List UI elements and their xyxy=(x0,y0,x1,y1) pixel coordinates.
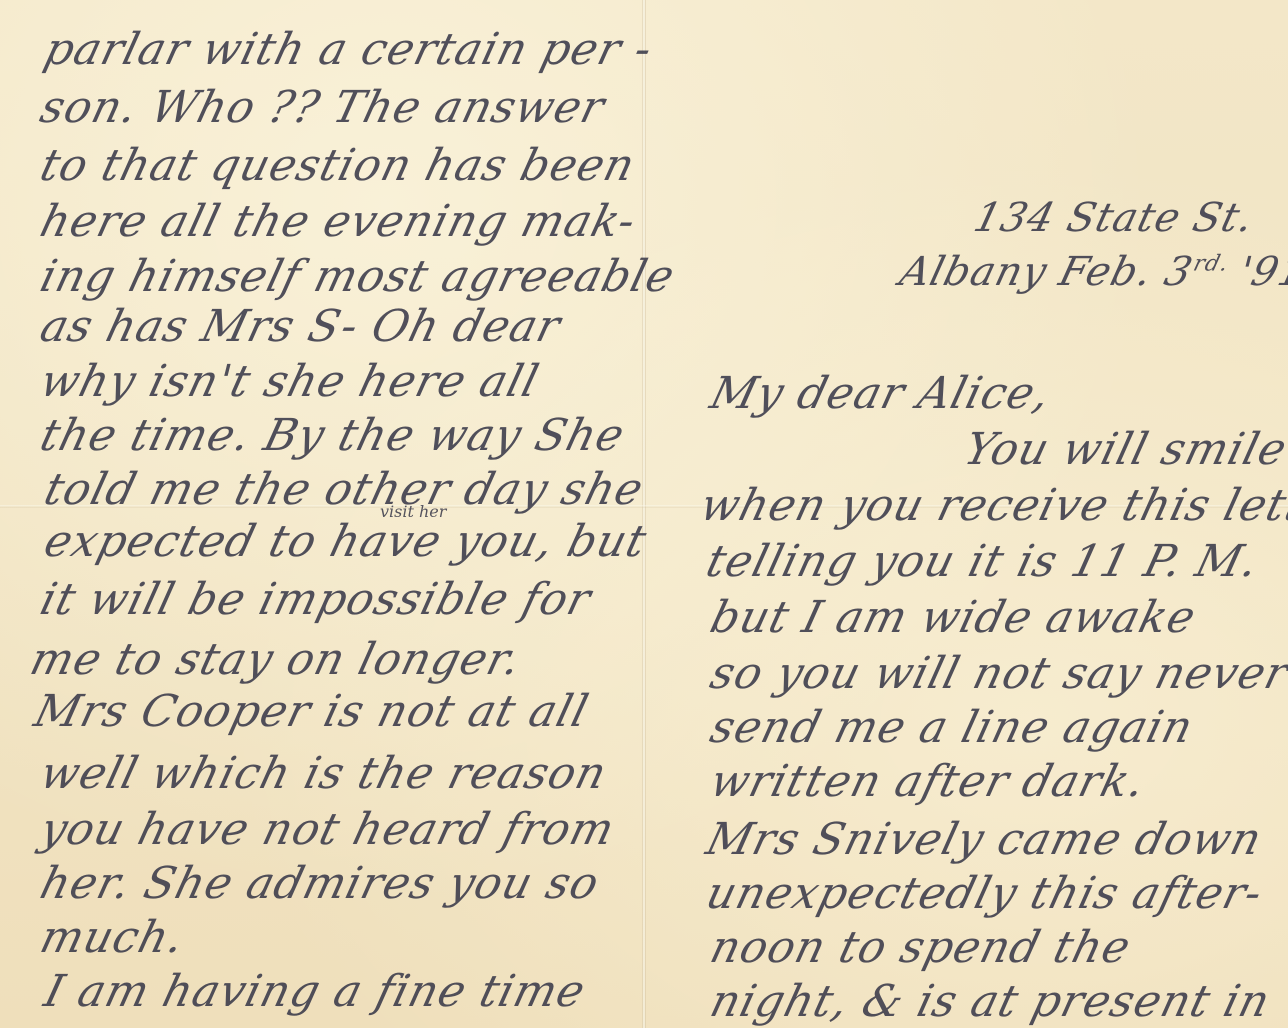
left-line-9: told me the other day she xyxy=(40,468,648,512)
left-line-10: expected to have you, but xyxy=(40,520,651,564)
right-line-2: when you receive this letter xyxy=(696,484,1288,528)
right-line-9: unexpectedly this after- xyxy=(702,872,1267,916)
left-line-11: it will be impossible for xyxy=(36,578,596,622)
right-line-10: noon to spend the xyxy=(706,926,1135,970)
left-line-8: the time. By the way She xyxy=(36,414,629,458)
left-line-4: here all the evening mak- xyxy=(36,200,640,244)
date-month: Feb. xyxy=(1054,249,1157,295)
right-line-8: Mrs Snively came down xyxy=(702,818,1266,862)
right-line-3: telling you it is 11 P. M. xyxy=(702,540,1263,584)
left-line-3: to that question has been xyxy=(36,144,639,188)
left-line-18: I am having a fine time xyxy=(40,970,590,1014)
left-line-12: me to stay on longer. xyxy=(26,638,525,682)
right-line-6: send me a line again xyxy=(706,706,1198,750)
right-line-11: night, & is at present in xyxy=(706,980,1275,1024)
left-line-13: Mrs Cooper is not at all xyxy=(30,690,593,734)
left-line-1: parlar with a certain per - xyxy=(40,28,657,72)
left-line-16: her. She admires you so xyxy=(36,862,604,906)
left-line-2: son. Who ?? The answer xyxy=(36,86,609,130)
letter-address: 134 State St. xyxy=(970,198,1258,238)
right-line-7: written after dark. xyxy=(706,760,1150,804)
left-line-5: ing himself most agreeable xyxy=(36,255,679,299)
letter-date: Albany Feb. 3rd. '91. xyxy=(896,252,1288,292)
right-line-1: You will smile xyxy=(960,428,1288,472)
left-line-7: why isn't she here all xyxy=(36,360,543,404)
left-page: parlar with a certain per - son. Who ?? … xyxy=(0,0,642,1028)
right-page: 134 State St. Albany Feb. 3rd. '91. My d… xyxy=(646,0,1288,1028)
left-line-14: well which is the reason xyxy=(36,752,611,796)
left-line-15: you have not heard from xyxy=(36,808,619,852)
date-day-suffix: rd. xyxy=(1191,252,1232,277)
salutation: My dear Alice, xyxy=(706,372,1055,416)
right-line-5: so you will not say never xyxy=(706,652,1288,696)
date-place: Albany xyxy=(895,249,1052,295)
letter-scan: parlar with a certain per - son. Who ?? … xyxy=(0,0,1288,1028)
left-line-6: as has Mrs S- Oh dear xyxy=(36,305,565,349)
left-line-17: much. xyxy=(36,916,189,960)
date-year: '91. xyxy=(1235,249,1288,295)
right-line-4: but I am wide awake xyxy=(706,596,1200,640)
